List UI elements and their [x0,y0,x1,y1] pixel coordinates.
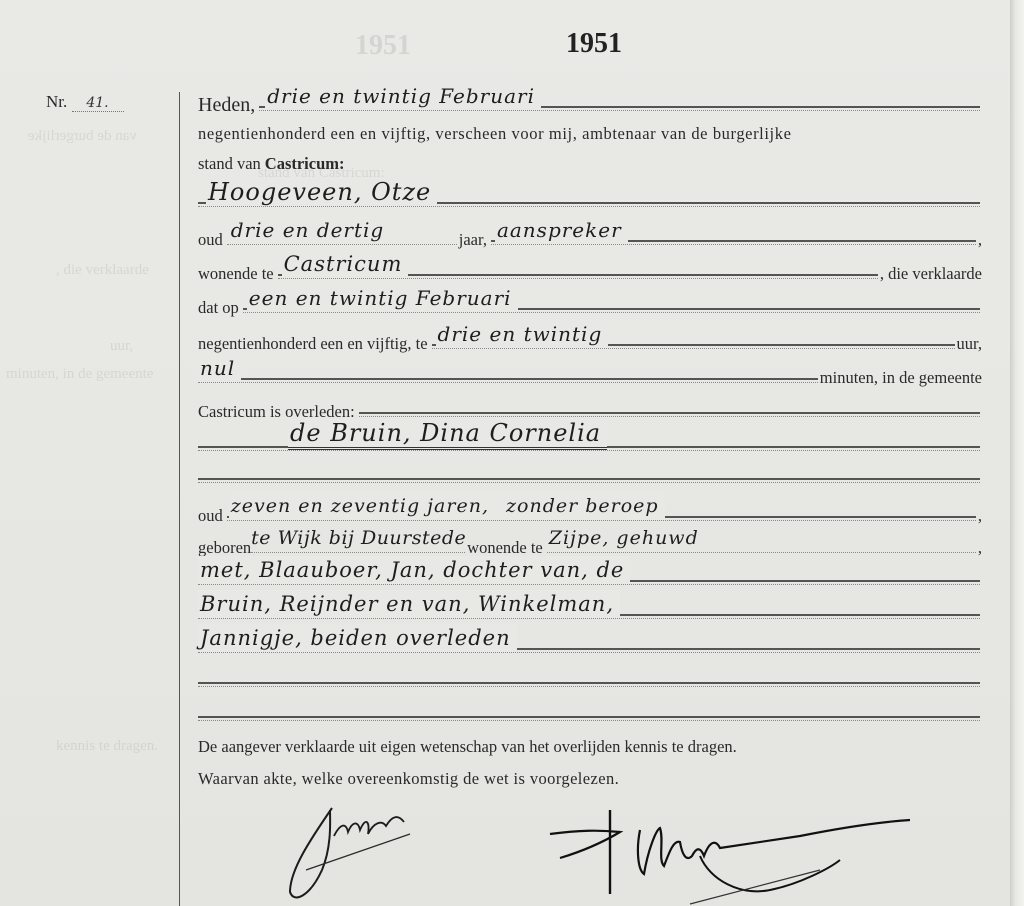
line-blank [198,460,982,488]
handwritten-text: nul [198,354,241,382]
printed-text: negentienhonderd een en vijftig, versche… [198,120,792,148]
line-deceased-name: de Bruin, Dina Cornelia [198,428,982,456]
printed-text: stand van [198,150,261,178]
handwritten-text: te Wijk bij Duurstede [251,524,472,552]
fill-line [198,698,980,721]
certificate-year: 1951 [566,28,622,60]
ghost-year: 1951 [355,30,411,62]
fill-line: een en twintig Februari [243,290,980,313]
ghost-text: uur, [110,338,133,355]
ghost-text: minuten, in de gemeente [6,366,153,383]
registrar-signature [540,800,920,906]
fill-line: drie en twintig Februari [259,88,980,111]
deceased-age: zeven en zeventig jaren, [231,495,489,517]
handwritten-text: Bruin, Reijnder en van, Winkelman, [198,590,620,618]
line-declarant-age: oud drie en dertig jaar, aanspreker , [198,222,982,250]
fill-line [359,394,980,417]
printed-text: minuten, in de gemeente [820,364,982,392]
line-death-minutes: nul minuten, in de gemeente [198,360,982,388]
handwritten-text: een en twintig Februari [247,284,518,312]
line-declarant-residence: wonende te Castricum , die verklaarde [198,256,982,284]
fill-line: zeven en zeventig jaren, zonder beroep [227,498,976,521]
line-deceased-age: oud zeven en zeventig jaren, zonder bero… [198,498,982,526]
handwritten-text: Zijpe, gehuwd [549,524,705,552]
line-date-registration: Heden, drie en twintig Februari [198,88,982,116]
handwritten-text: Castricum [282,250,409,278]
printed-text: oud [198,226,223,254]
handwritten-text: aanspreker [495,216,628,244]
number-value: 41. [72,95,124,112]
fill-line: Bruin, Reijnder en van, Winkelman, [198,596,980,619]
fill-line: Castricum [278,256,878,279]
handwritten-text: Hoogeveen, Otze [206,178,437,206]
number-label: Nr. [46,92,67,111]
line-parents: Bruin, Reijnder en van, Winkelman, [198,596,982,624]
line-printed: negentienhonderd een en vijftig, versche… [198,120,982,148]
printed-text: Heden, [198,91,255,119]
fill-line: met, Blaauboer, Jan, dochter van, de [198,562,980,585]
ghost-text: kennis te dragen. [56,738,158,755]
printed-text: , die verklaarde [880,260,982,288]
fill-line: aanspreker [491,222,976,245]
handwritten-text: drie en twintig Februari [265,82,541,110]
line-deceased-intro: Castricum is overleden: [198,394,982,422]
printed-text: dat op [198,294,239,322]
handwritten-text: zeven en zeventig jaren, zonder beroep [229,492,665,520]
fill-line: Zijpe, gehuwd [547,530,976,553]
fill-line [198,460,980,483]
fill-line: nul [198,360,818,383]
deceased-name: de Bruin, Dina Cornelia [288,419,607,450]
fill-line: drie en dertig [227,222,457,245]
page-edge [1010,0,1024,906]
printed-text: uur, [957,330,982,358]
margin-rule [179,92,180,906]
fill-line: drie en twintig [432,326,955,349]
handwritten-text: drie en twintig [436,320,609,348]
line-death-hour: negentienhonderd een en vijftig, te drie… [198,326,982,354]
line-declarant-name: Hoogeveen, Otze [198,184,982,212]
line-spouse-parents: met, Blaauboer, Jan, dochter van, de [198,562,982,590]
fill-line: Hoogeveen, Otze [198,184,980,207]
ghost-text: , die verklaarde [56,262,149,279]
deceased-occupation: zonder beroep [506,495,659,517]
handwritten-text: Jannigje, beiden overleden [198,624,517,652]
closing-statement: Waarvan akte, welke overeenkomstig de we… [198,769,619,789]
line-parents-status: Jannigje, beiden overleden [198,630,982,658]
line-blank [198,698,982,726]
handwritten-text: met, Blaauboer, Jan, dochter van, de [198,556,630,584]
line-death-date: dat op een en twintig Februari [198,290,982,318]
printed-text: jaar, [459,226,487,254]
certificate-number: Nr. 41. [46,92,124,112]
printed-text: , [978,226,982,254]
line-deceased-birthplace: geboren te Wijk bij Duurstede wonende te… [198,530,982,558]
printed-text: , [978,534,982,562]
line-blank [198,664,982,692]
printed-text: , [978,502,982,530]
handwritten-text: drie en dertig [231,216,390,244]
certificate-page: 1951 van de burgerlijke stand van Castri… [0,0,1010,906]
fill-line: de Bruin, Dina Cornelia [198,428,980,451]
closing-statement: De aangever verklaarde uit eigen wetensc… [198,737,737,757]
ghost-text: van de burgerlijke [28,128,137,145]
line-municipality: stand van Castricum: [198,150,982,178]
municipality-name: Castricum: [265,150,345,178]
printed-text: oud [198,502,223,530]
fill-line: te Wijk bij Duurstede [251,530,465,553]
fill-line [198,664,980,687]
declarant-signature [270,800,430,906]
fill-line: Jannigje, beiden overleden [198,630,980,653]
